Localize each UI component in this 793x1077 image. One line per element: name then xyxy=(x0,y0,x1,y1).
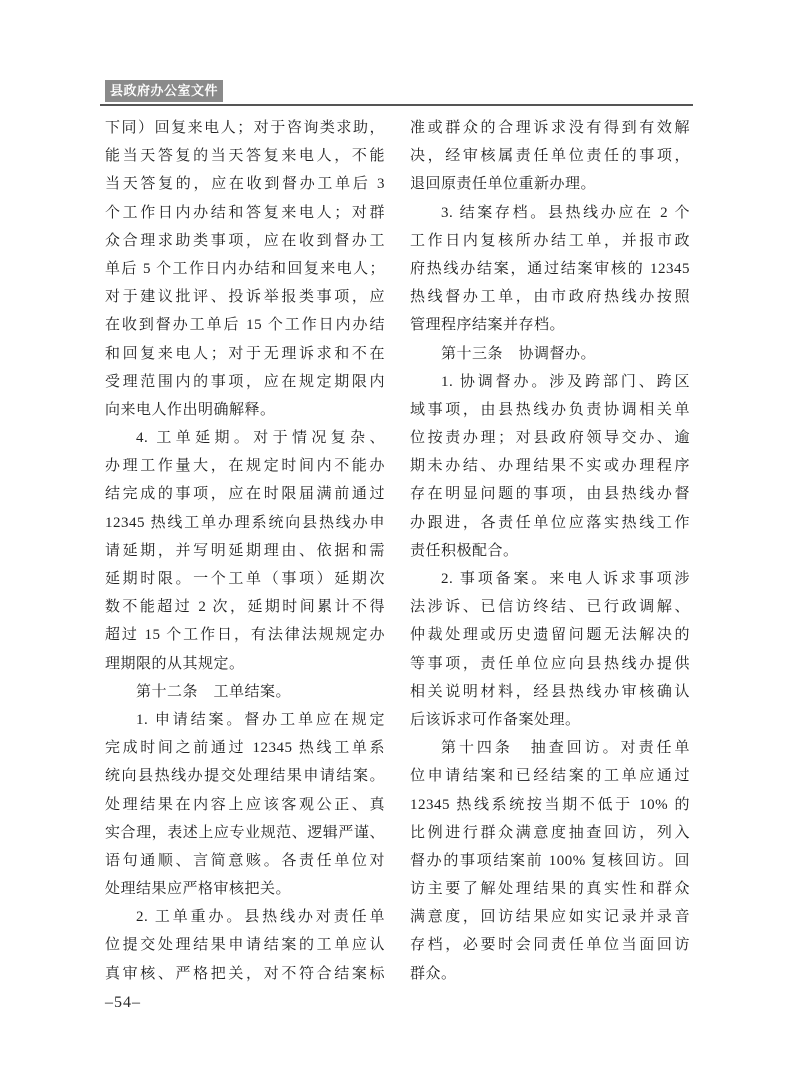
text-line: 4. 工单延期。对于情况复杂、 xyxy=(105,424,385,452)
text-line: 统向县热线办提交处理结果申请结案。 xyxy=(105,762,385,790)
text-line: 处理结果在内容上应该客观公正、真 xyxy=(105,791,385,819)
text-line: 个工作日内办结和答复来电人；对群 xyxy=(105,199,385,227)
text-column-right: 准或群众的合理诉求没有得到有效解决，经审核属责任单位责任的事项，退回原责任单位重… xyxy=(410,114,690,988)
text-line: 准或群众的合理诉求没有得到有效解 xyxy=(410,114,690,142)
text-line: 实合理，表述上应专业规范、逻辑严谨、 xyxy=(105,819,385,847)
text-line: 群众。 xyxy=(410,960,690,988)
text-column-left: 下同）回复来电人；对于咨询类求助，能当天答复的当天答复来电人，不能当天答复的，应… xyxy=(105,114,385,988)
text-line: 请延期，并写明延期理由、依据和需 xyxy=(105,537,385,565)
text-line: 管理程序结案并存档。 xyxy=(410,311,690,339)
text-line: 退回原责任单位重新办理。 xyxy=(410,170,690,198)
text-line: 下同）回复来电人；对于咨询类求助， xyxy=(105,114,385,142)
text-line: 1. 协调督办。涉及跨部门、跨区 xyxy=(410,368,690,396)
text-line: 工作日内复核所办结工单，并报市政 xyxy=(410,227,690,255)
text-line: 能当天答复的当天答复来电人，不能 xyxy=(105,142,385,170)
text-line: 办跟进，各责任单位应落实热线工作 xyxy=(410,509,690,537)
text-line: 第十三条 协调督办。 xyxy=(410,340,690,368)
text-line: 后该诉求可作备案处理。 xyxy=(410,706,690,734)
text-line: 超过 15 个工作日，有法律法规规定办 xyxy=(105,621,385,649)
header-rule xyxy=(100,104,693,106)
text-line: 受理范围内的事项，应在规定期限内 xyxy=(105,368,385,396)
header-title-badge: 县政府办公室文件 xyxy=(105,80,223,102)
text-line: 决，经审核属责任单位责任的事项， xyxy=(410,142,690,170)
text-line: 存档，必要时会同责任单位当面回访 xyxy=(410,931,690,959)
text-line: 1. 申请结案。督办工单应在规定 xyxy=(105,706,385,734)
text-line: 比例进行群众满意度抽查回访，列入 xyxy=(410,819,690,847)
document-body: 下同）回复来电人；对于咨询类求助，能当天答复的当天答复来电人，不能当天答复的，应… xyxy=(105,114,690,988)
text-line: 单后 5 个工作日内办结和回复来电人； xyxy=(105,255,385,283)
text-line: 法涉诉、已信访终结、已行政调解、 xyxy=(410,593,690,621)
text-line: 相关说明材料，经县热线办审核确认 xyxy=(410,678,690,706)
text-line: 满意度，回访结果应如实记录并录音 xyxy=(410,903,690,931)
text-line: 结完成的事项，应在时限届满前通过 xyxy=(105,480,385,508)
text-line: 位提交处理结果申请结案的工单应认 xyxy=(105,931,385,959)
text-line: 第十四条 抽查回访。对责任单 xyxy=(410,734,690,762)
text-line: 期未办结、办理结果不实或办理程序 xyxy=(410,452,690,480)
text-line: 语句通顺、言简意赅。各责任单位对 xyxy=(105,847,385,875)
text-line: 仲裁处理或历史遗留问题无法解决的 xyxy=(410,621,690,649)
text-line: 2. 工单重办。县热线办对责任单 xyxy=(105,903,385,931)
text-line: 处理结果应严格审核把关。 xyxy=(105,875,385,903)
text-line: 真审核、严格把关，对不符合结案标 xyxy=(105,960,385,988)
text-line: 延期时限。一个工单（事项）延期次 xyxy=(105,565,385,593)
text-line: 位申请结案和已经结案的工单应通过 xyxy=(410,762,690,790)
text-line: 督办的事项结案前 100% 复核回访。回 xyxy=(410,847,690,875)
text-line: 完成时间之前通过 12345 热线工单系 xyxy=(105,734,385,762)
text-line: 2. 事项备案。来电人诉求事项涉 xyxy=(410,565,690,593)
text-line: 域事项，由县热线办负责协调相关单 xyxy=(410,396,690,424)
text-line: 向来电人作出明确解释。 xyxy=(105,396,385,424)
text-line: 众合理求助类事项，应在收到督办工 xyxy=(105,227,385,255)
page-footer: –54– xyxy=(105,994,141,1012)
text-line: 府热线办结案，通过结案审核的 12345 xyxy=(410,255,690,283)
text-line: 3. 结案存档。县热线办应在 2 个 xyxy=(410,199,690,227)
text-line: 数不能超过 2 次，延期时间累计不得 xyxy=(105,593,385,621)
document-header: 县政府办公室文件 xyxy=(105,80,693,106)
text-line: 当天答复的，应在收到督办工单后 3 xyxy=(105,170,385,198)
text-line: 责任积极配合。 xyxy=(410,537,690,565)
text-line: 第十二条 工单结案。 xyxy=(105,678,385,706)
document-page: 县政府办公室文件 下同）回复来电人；对于咨询类求助，能当天答复的当天答复来电人，… xyxy=(0,0,793,1077)
text-line: 等事项，责任单位应向县热线办提供 xyxy=(410,650,690,678)
text-line: 存在明显问题的事项，由县热线办督 xyxy=(410,480,690,508)
text-line: 位按责办理；对县政府领导交办、逾 xyxy=(410,424,690,452)
text-line: 12345 热线工单办理系统向县热线办申 xyxy=(105,509,385,537)
text-line: 热线督办工单，由市政府热线办按照 xyxy=(410,283,690,311)
text-line: 访主要了解处理结果的真实性和群众 xyxy=(410,875,690,903)
text-line: 12345 热线系统按当期不低于 10% 的 xyxy=(410,791,690,819)
text-line: 对于建议批评、投诉举报类事项，应 xyxy=(105,283,385,311)
text-line: 和回复来电人；对于无理诉求和不在 xyxy=(105,340,385,368)
text-line: 理期限的从其规定。 xyxy=(105,650,385,678)
page-number: –54– xyxy=(105,994,141,1011)
text-line: 办理工作量大，在规定时间内不能办 xyxy=(105,452,385,480)
text-line: 在收到督办工单后 15 个工作日内办结 xyxy=(105,311,385,339)
